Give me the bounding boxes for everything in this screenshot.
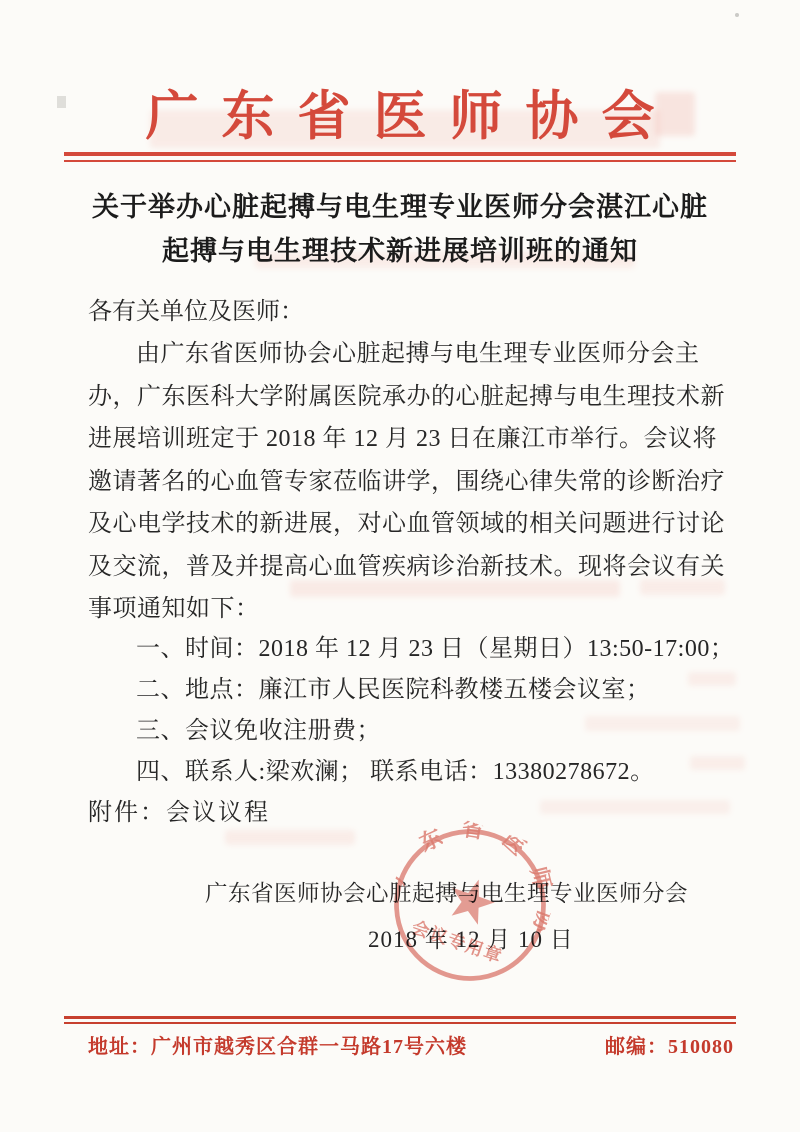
divider-thick-line (64, 1016, 736, 1019)
footer-address: 地址：广州市越秀区合群一马路17号六楼 (88, 1030, 467, 1059)
signature-date: 2018 年 12 月 10 日 (368, 921, 574, 954)
footer-divider (64, 1016, 736, 1024)
bleedthrough-mark (540, 800, 730, 814)
divider-thin-line (64, 1022, 736, 1024)
body-paragraph: 由广东省医师协会心脏起搏与电生理专业医师分会主 办，广东医科大学附属医院承办的心… (88, 333, 718, 631)
footer: 地址：广州市越秀区合群一马路17号六楼 邮编：510080 (88, 1030, 734, 1059)
paragraph-line: 及交流，普及并提高心血管疾病诊治新技术。现将会议有关 (88, 546, 718, 589)
bleedthrough-mark (225, 830, 355, 845)
paragraph-line: 办，广东医科大学附属医院承办的心脏起搏与电生理技术新 (88, 376, 718, 419)
document-page: 广东省医师协会 关于举办心脏起搏与电生理专业医师分会湛江心脏 起搏与电生理技术新… (0, 0, 800, 1132)
item-fee: 三、会议免收注册费； (136, 711, 734, 752)
scan-speck (735, 13, 739, 17)
paragraph-line: 事项通知如下： (88, 588, 718, 631)
item-time: 一、时间：2018 年 12 月 23 日（星期日）13:50-17:00； (136, 629, 734, 670)
signature-org: 广东省医师协会心脏起搏与电生理专业医师分会 (205, 876, 688, 908)
divider-thin-line (64, 160, 736, 162)
salutation: 各有关单位及医师： (88, 291, 304, 326)
letterhead-org-name: 广东省医师协会 (0, 74, 800, 150)
notice-items: 一、时间：2018 年 12 月 23 日（星期日）13:50-17:00； 二… (136, 629, 734, 793)
paragraph-line: 邀请著名的心血管专家莅临讲学，围绕心律失常的诊断治疗 (88, 461, 718, 504)
item-contact: 四、联系人:梁欢澜； 联系电话：13380278672。 (136, 752, 734, 793)
attachment-note: 附件：会议议程 (88, 792, 270, 827)
paragraph-line: 进展培训班定于 2018 年 12 月 23 日在廉江市举行。会议将 (88, 418, 718, 461)
letterhead-divider (64, 152, 736, 162)
document-title: 关于举办心脏起搏与电生理专业医师分会湛江心脏 起搏与电生理技术新进展培训班的通知 (50, 185, 750, 273)
document-title-line1: 关于举办心脏起搏与电生理专业医师分会湛江心脏 (50, 185, 750, 229)
paragraph-line: 及心电学技术的新进展，对心血管领域的相关问题进行讨论 (88, 503, 718, 546)
divider-thick-line (64, 152, 736, 156)
document-title-line2: 起搏与电生理技术新进展培训班的通知 (50, 229, 750, 273)
footer-postal: 邮编：510080 (605, 1030, 734, 1059)
item-location: 二、地点：廉江市人民医院科教楼五楼会议室； (136, 670, 734, 711)
paragraph-line: 由广东省医师协会心脏起搏与电生理专业医师分会主 (88, 333, 718, 376)
